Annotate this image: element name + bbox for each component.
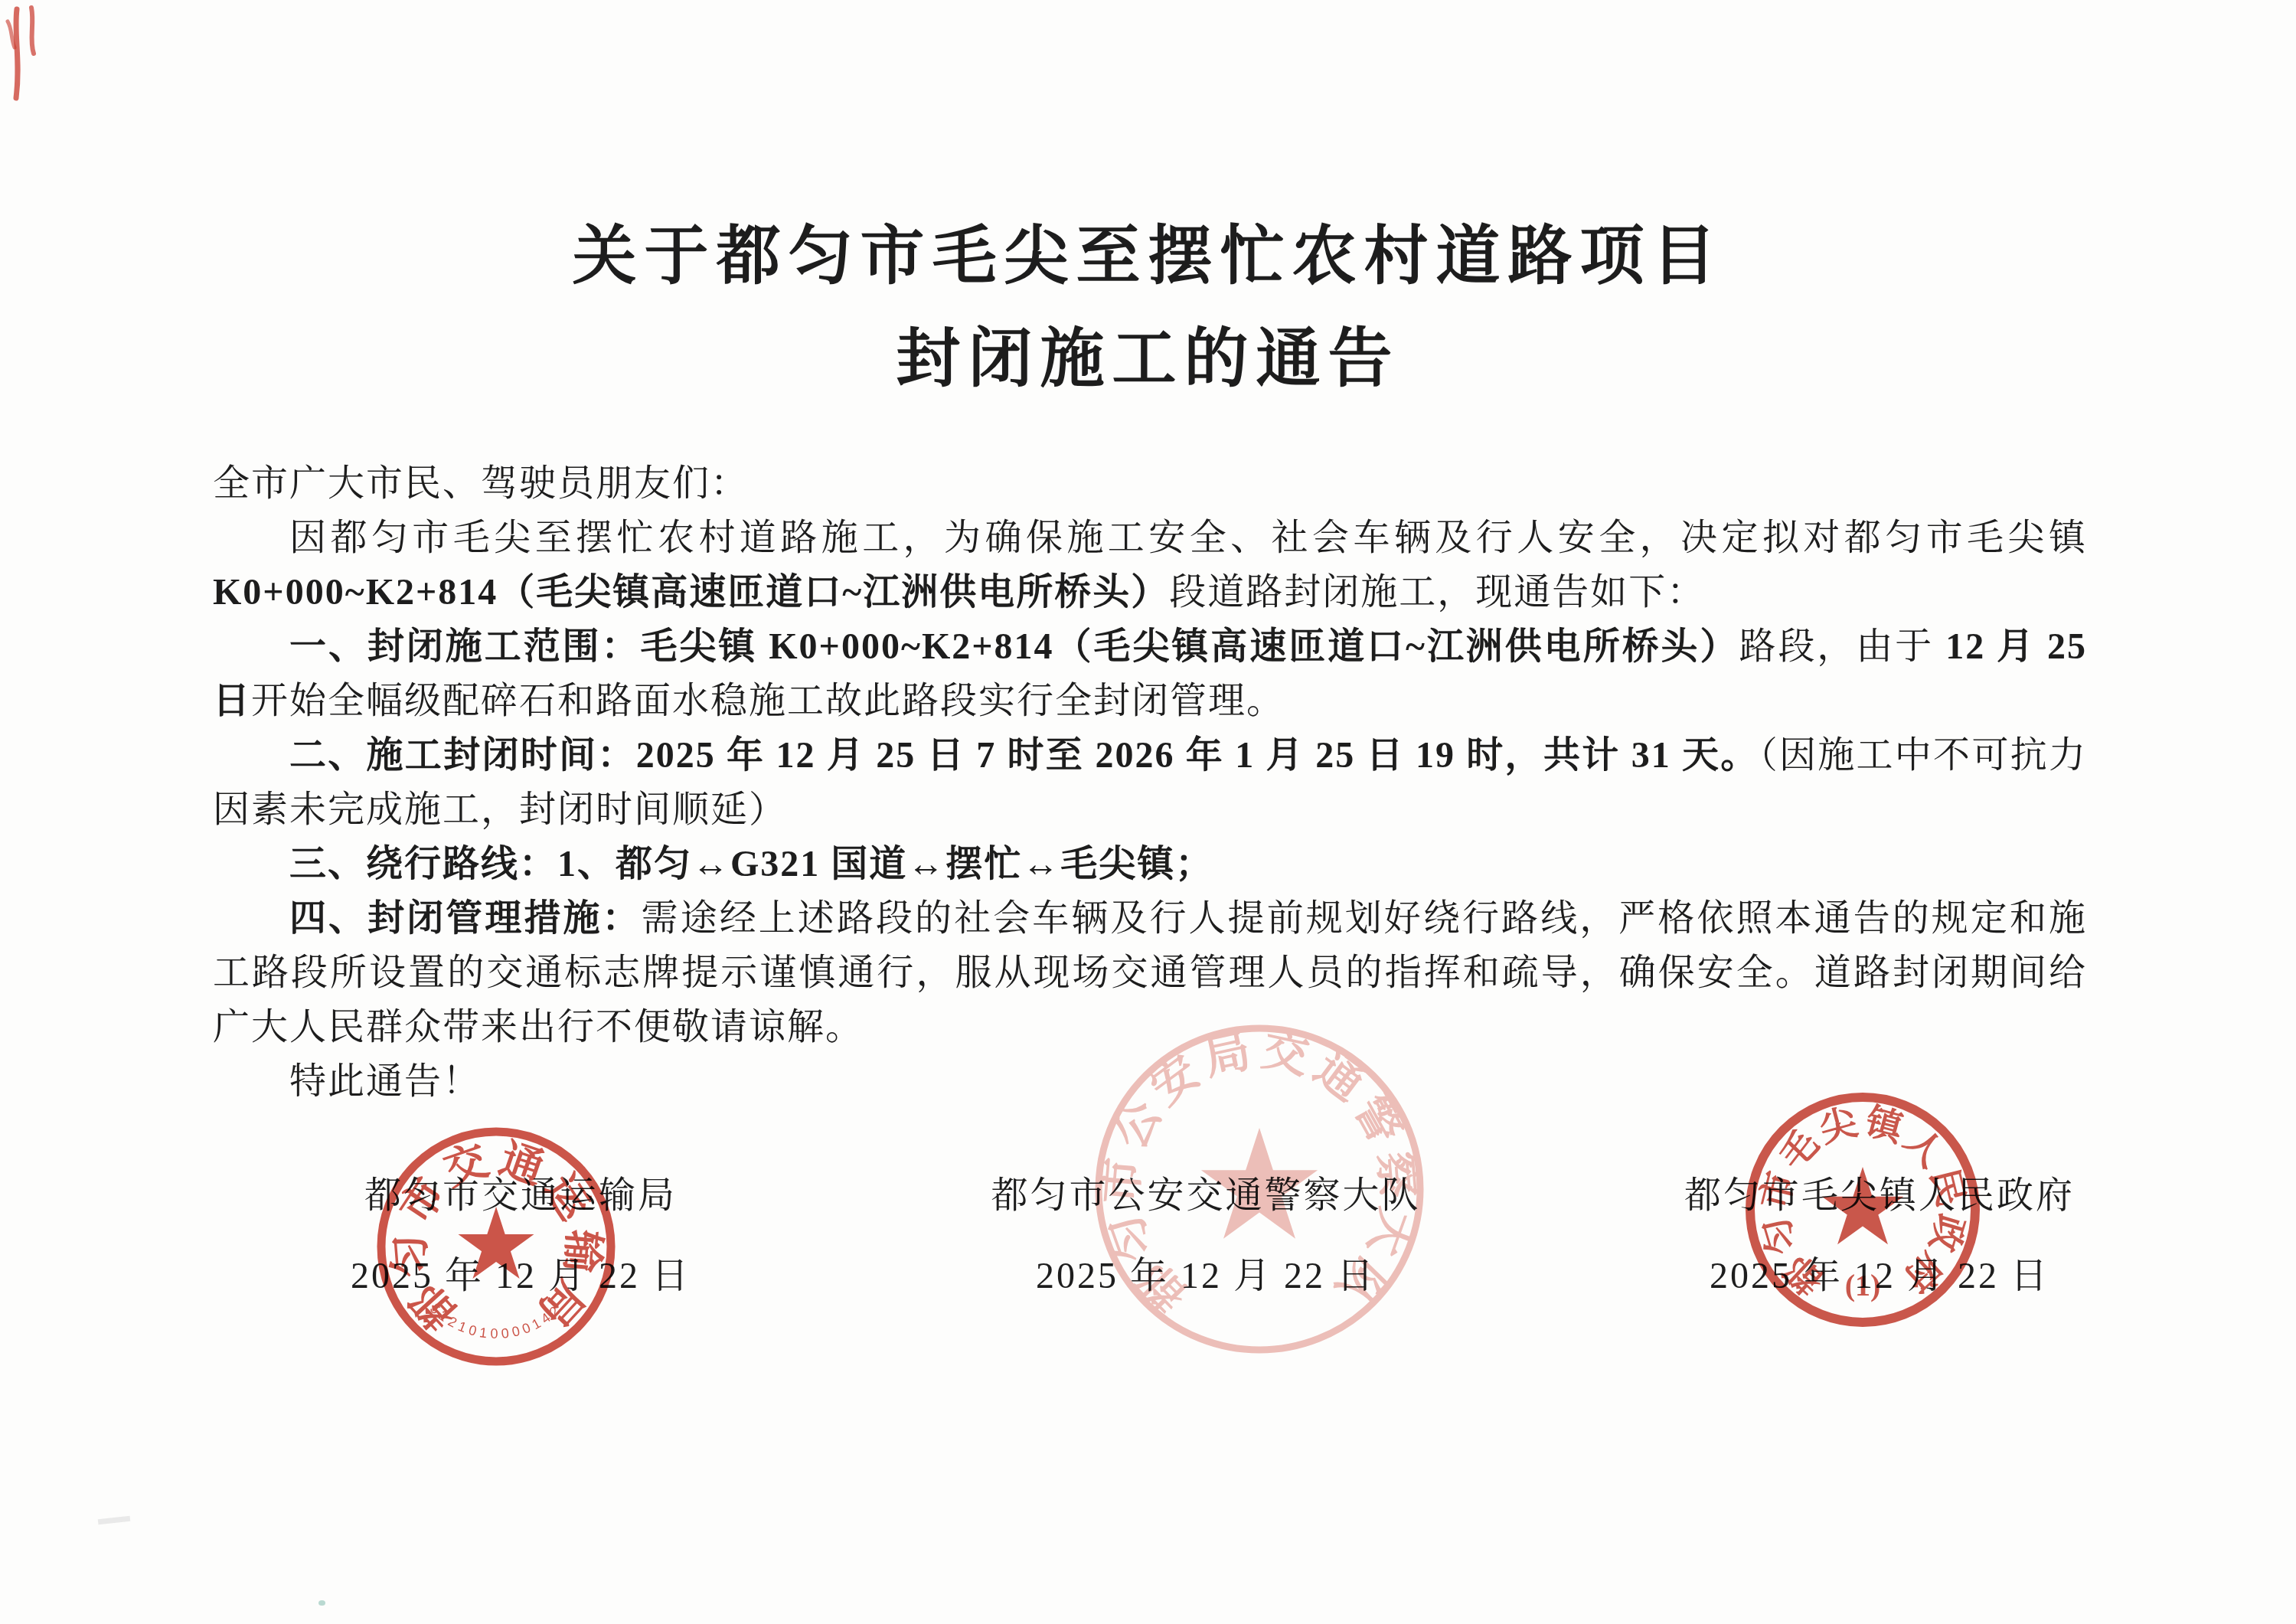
- signature-date: 2025 年 12 月 22 日: [1657, 1253, 2102, 1299]
- paragraph-section-1-closure-scope: 一、封闭施工范围：毛尖镇 K0+000~K2+814（毛尖镇高速匝道口~江洲供电…: [213, 619, 2087, 728]
- notice-title: 关于都匀市毛尖至摆忙农村道路项目 封闭施工的通告: [0, 221, 2296, 394]
- notice-document-page: 关于都匀市毛尖至摆忙农村道路项目 封闭施工的通告 全市广大市民、驾驶员朋友们： …: [0, 0, 2296, 1624]
- salutation: 全市广大市民、驾驶员朋友们：: [213, 456, 2087, 511]
- signature-org-name: 都匀市毛尖镇人民政府: [1657, 1173, 2102, 1219]
- notice-body: 全市广大市民、驾驶员朋友们： 因都匀市毛尖至摆忙农村道路施工，为确保施工安全、社…: [213, 456, 2087, 1109]
- scan-smudge: [98, 1516, 131, 1524]
- signature-org-name: 都匀市交通运输局: [329, 1173, 712, 1219]
- notice-title-line2: 封闭施工的通告: [0, 323, 2296, 394]
- signature-org-name: 都匀市公安交通警察大队: [984, 1173, 1428, 1219]
- red-pen-stroke: [31, 8, 34, 54]
- notice-title-line1: 关于都匀市毛尖至摆忙农村道路项目: [0, 221, 2296, 291]
- paragraph-intro: 因都匀市毛尖至摆忙农村道路施工，为确保施工安全、社会车辆及行人安全，决定拟对都匀…: [213, 511, 2087, 619]
- paragraph-section-3-detour-route: 三、绕行路线：1、都匀↔G321 国道↔摆忙↔毛尖镇；: [213, 837, 2087, 891]
- signature-date: 2025 年 12 月 22 日: [329, 1253, 712, 1299]
- red-pen-stroke: [16, 9, 18, 98]
- paragraph-section-4-management: 四、封闭管理措施：需途经上述路段的社会车辆及行人提前规划好绕行路线，严格依照本通…: [213, 891, 2087, 1054]
- paragraph-closing: 特此通告！: [213, 1054, 2087, 1109]
- red-pen-stroke: [8, 21, 15, 47]
- signature-town-government: 都匀市毛尖镇人民政府 2025 年 12 月 22 日: [1657, 1173, 2102, 1299]
- signature-traffic-police: 都匀市公安交通警察大队 2025 年 12 月 22 日: [984, 1173, 1428, 1299]
- signature-area: 都匀市交通运输局 2025 年 12 月 22 日 都匀市公安交通警察大队 20…: [0, 1173, 2296, 1372]
- signature-transport-bureau: 都匀市交通运输局 2025 年 12 月 22 日: [329, 1173, 712, 1299]
- paragraph-section-2-closure-time: 二、施工封闭时间：2025 年 12 月 25 日 7 时至 2026 年 1 …: [213, 728, 2087, 837]
- red-pen-marks: [0, 0, 107, 168]
- signature-date: 2025 年 12 月 22 日: [984, 1253, 1428, 1299]
- scan-speck: [318, 1600, 325, 1606]
